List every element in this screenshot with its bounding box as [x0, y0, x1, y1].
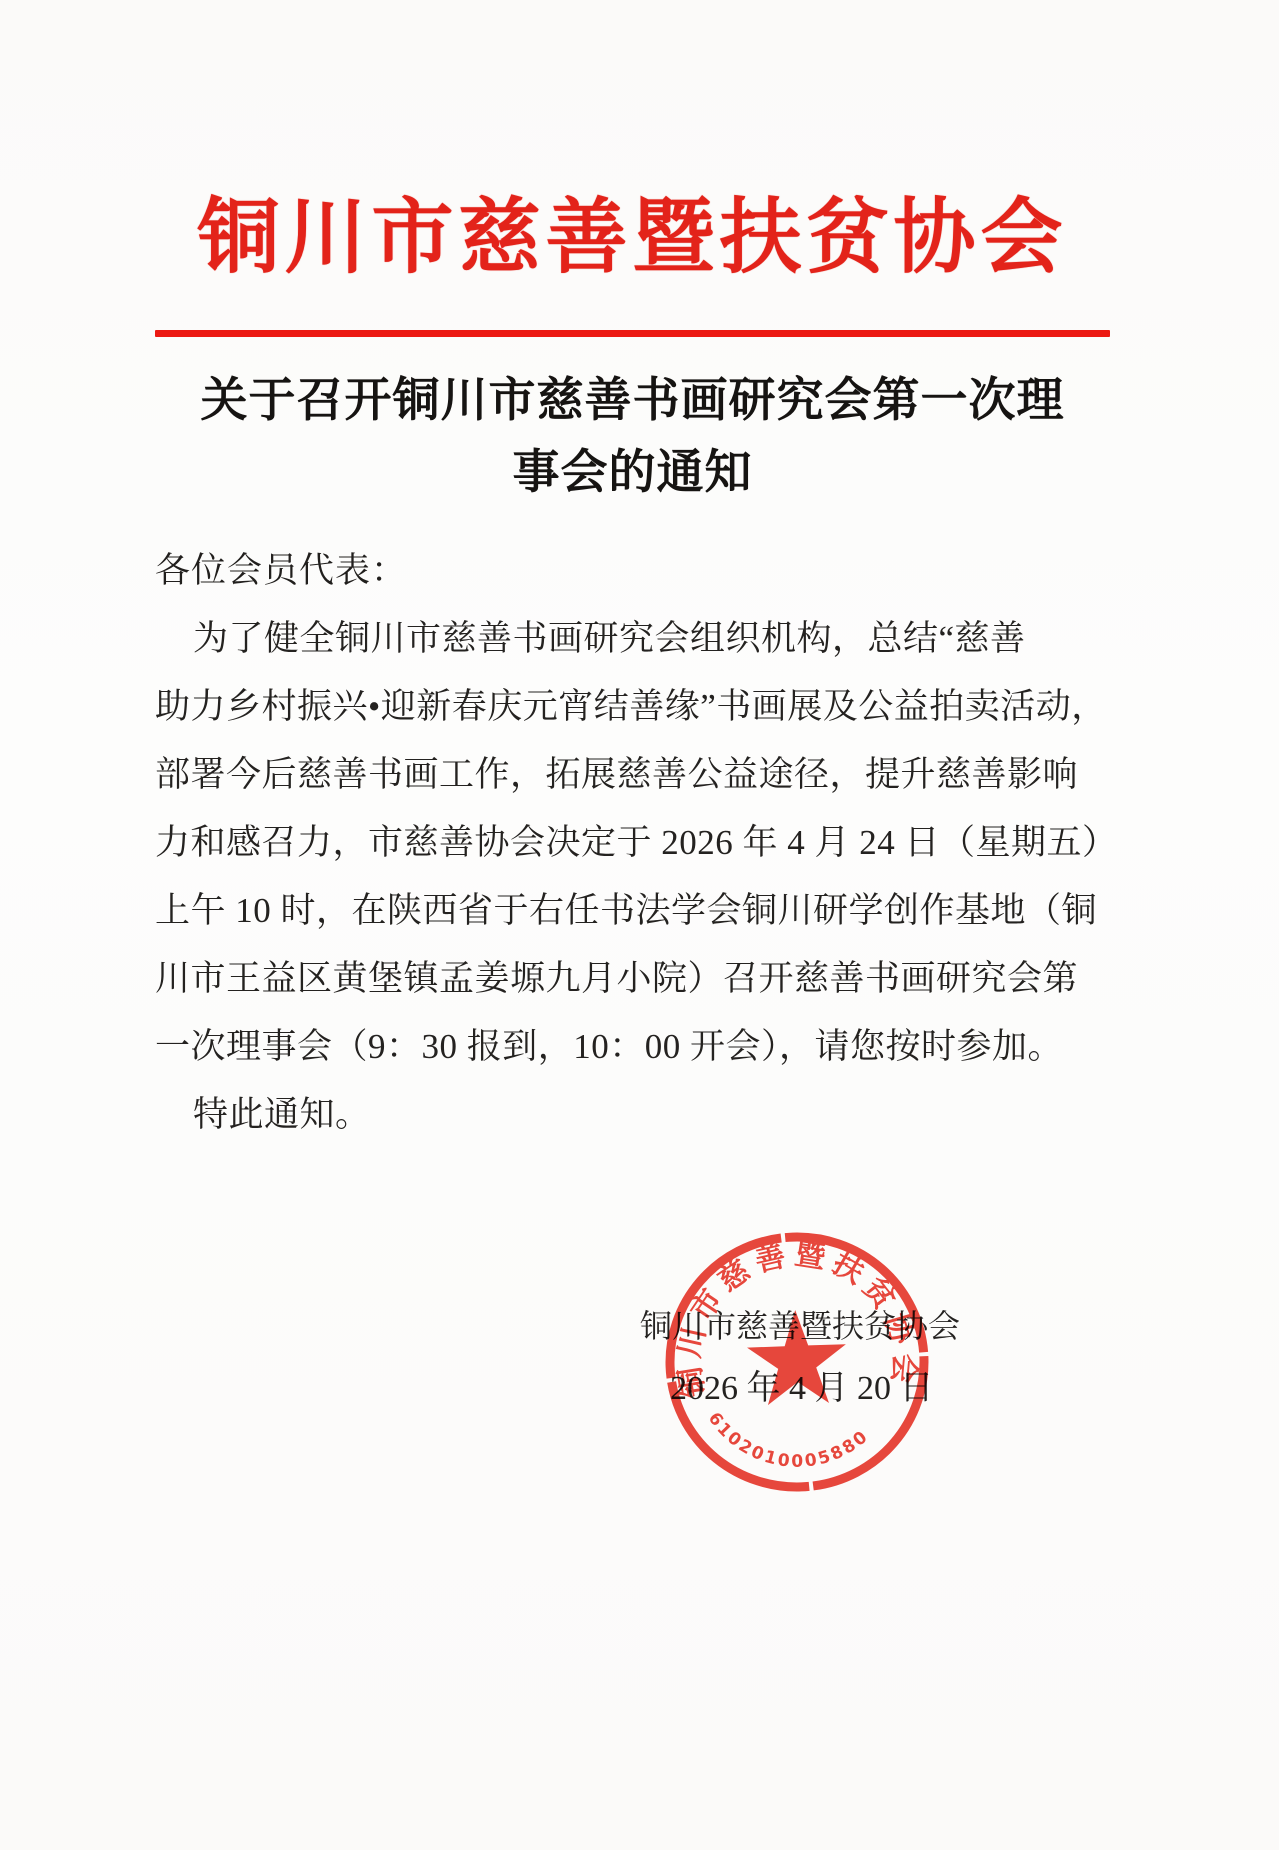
body-line: 一次理事会（9：30 报到，10：00 开会），请您按时参加。: [155, 1013, 1110, 1081]
body-line: 川市王益区黄堡镇孟姜塬九月小院）召开慈善书画研究会第: [155, 945, 1110, 1013]
document-content: 铜川市慈善暨扶贫协会 关于召开铜川市慈善书画研究会第一次理 事会的通知 各位会员…: [155, 0, 1110, 1149]
notice-title: 关于召开铜川市慈善书画研究会第一次理 事会的通知: [155, 365, 1110, 509]
body-line: 力和感召力，市慈善协会决定于 2026 年 4 月 24 日（星期五）: [155, 809, 1110, 877]
notice-title-line1: 关于召开铜川市慈善书画研究会第一次理: [155, 365, 1110, 437]
body-line: 助力乡村振兴•迎新春庆元宵结善缘”书画展及公益拍卖活动，: [155, 673, 1110, 741]
seal-star-icon: [746, 1308, 848, 1405]
official-seal: 铜川市慈善暨扶贫协会 6102010005880: [652, 1217, 942, 1507]
body-line: 上午 10 时，在陕西省于右任书法学会铜川研学创作基地（铜: [155, 877, 1110, 945]
letterhead-org-title: 铜川市慈善暨扶贫协会: [155, 190, 1110, 286]
closing-line: 特此通知。: [155, 1081, 1110, 1149]
body-line: 部署今后慈善书画工作，拓展慈善公益途径，提升慈善影响: [155, 741, 1110, 809]
body-line: 为了健全铜川市慈善书画研究会组织机构，总结“慈善: [155, 605, 1110, 673]
notice-title-line2: 事会的通知: [155, 437, 1110, 509]
letterhead-divider: [155, 330, 1110, 337]
document-page: 铜川市慈善暨扶贫协会 关于召开铜川市慈善书画研究会第一次理 事会的通知 各位会员…: [0, 0, 1279, 1850]
salutation: 各位会员代表：: [155, 537, 1110, 605]
